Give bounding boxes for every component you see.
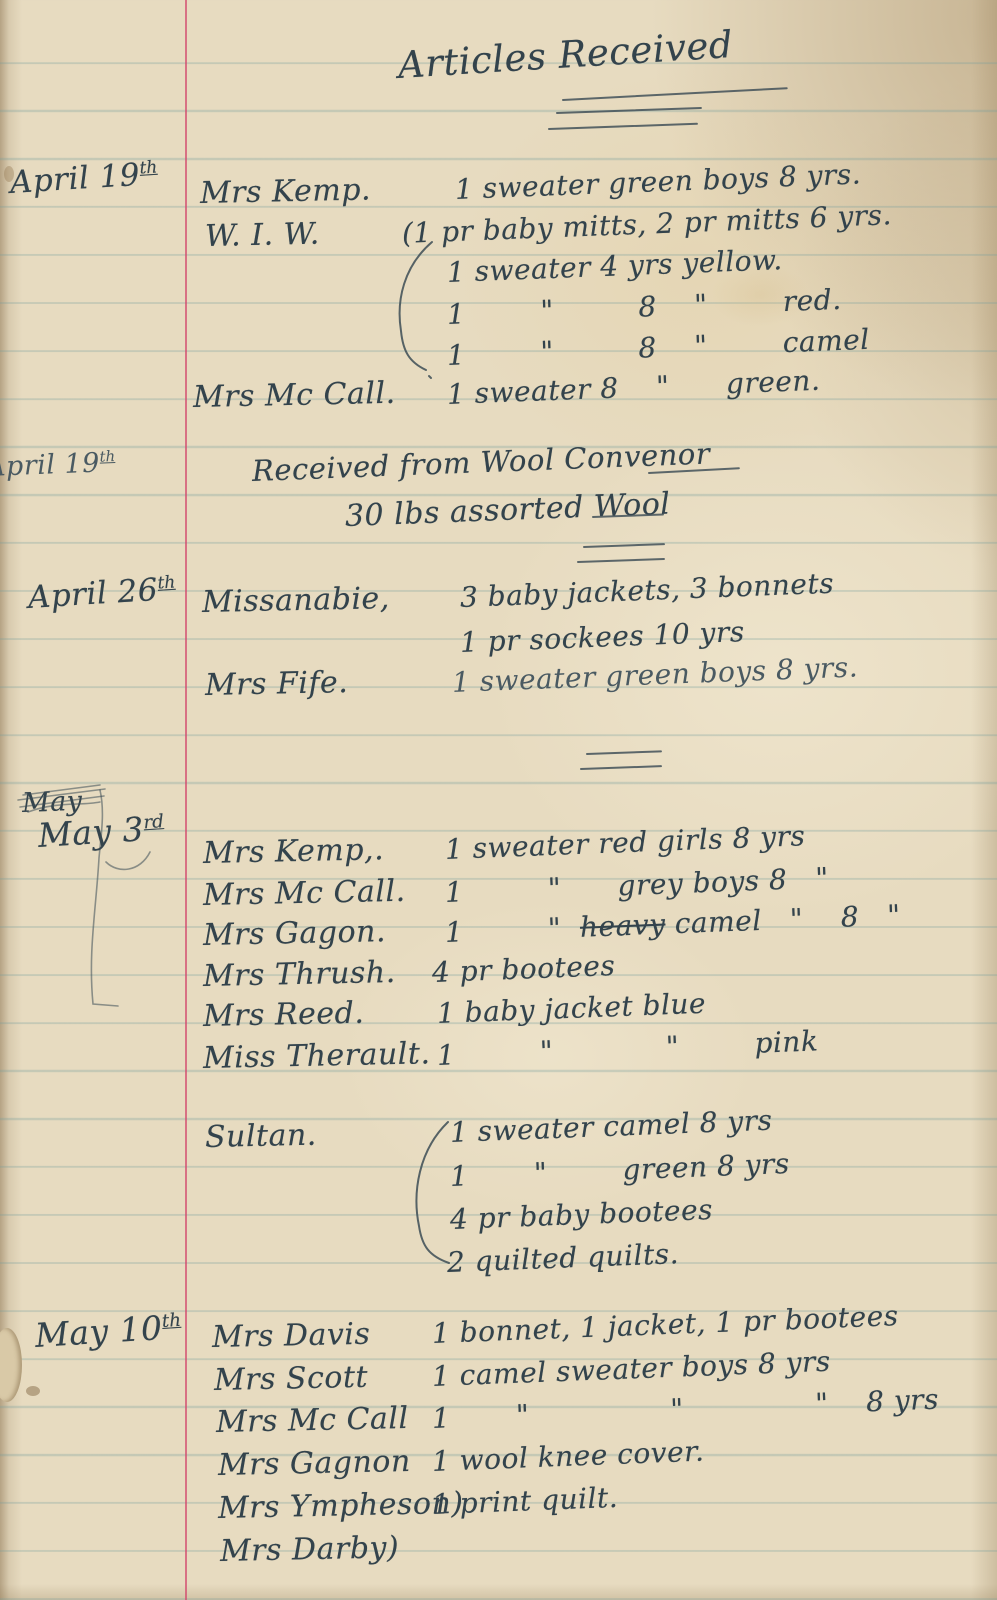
entry-date-ordinal: th	[139, 157, 158, 178]
entry-date-text: May 10	[34, 1308, 164, 1355]
entry-date: April 19th	[0, 447, 116, 483]
entry-name: Mrs Davis	[212, 1317, 371, 1355]
entry-date: May 3rd	[37, 808, 166, 855]
entry-name: Mrs Kemp,.	[203, 832, 385, 871]
entry-name: Mrs Ympheson)	[218, 1486, 464, 1526]
entry-date-ordinal: th	[161, 1310, 181, 1332]
entry-name: Mrs Kemp.	[200, 172, 372, 211]
entry-name: Mrs Fife.	[205, 665, 349, 703]
entry-date-ordinal: rd	[143, 811, 165, 833]
entry-name: Mrs Darby)	[220, 1530, 400, 1569]
entry-name: Mrs Mc Call.	[203, 874, 406, 913]
entry-name: Miss Therault.	[203, 1036, 431, 1076]
entry-date-ordinal: th	[157, 572, 176, 593]
entry-item-text: 1 "	[444, 911, 580, 949]
entry-date-text: April 19	[0, 448, 100, 483]
entry-name: Mrs Thrush.	[203, 955, 396, 994]
entry-item: 4 pr bootees	[431, 949, 615, 989]
entry-date-text: May 3	[37, 809, 145, 855]
entry-name: Mrs Gagnon	[218, 1444, 411, 1483]
entry-name: Mrs Mc Call.	[193, 376, 396, 415]
entry-name: Mrs Mc Call	[216, 1401, 409, 1440]
ledger-page: Articles Received April 19th Mrs Kemp. 1…	[0, 0, 997, 1600]
entry-name: Missanabie,	[202, 581, 390, 620]
margin-line	[185, 0, 187, 1600]
entry-name: Sultan.	[205, 1118, 317, 1155]
entry-name: Mrs Scott	[214, 1360, 369, 1398]
paper-spot	[26, 1386, 40, 1396]
entry-name: Mrs Reed.	[203, 996, 365, 1034]
struck-word: heavy	[579, 908, 666, 944]
entry-name: Mrs Gagon.	[203, 914, 387, 953]
entry-name: W. I. W.	[205, 217, 320, 254]
entry-date-ordinal: th	[99, 447, 115, 466]
